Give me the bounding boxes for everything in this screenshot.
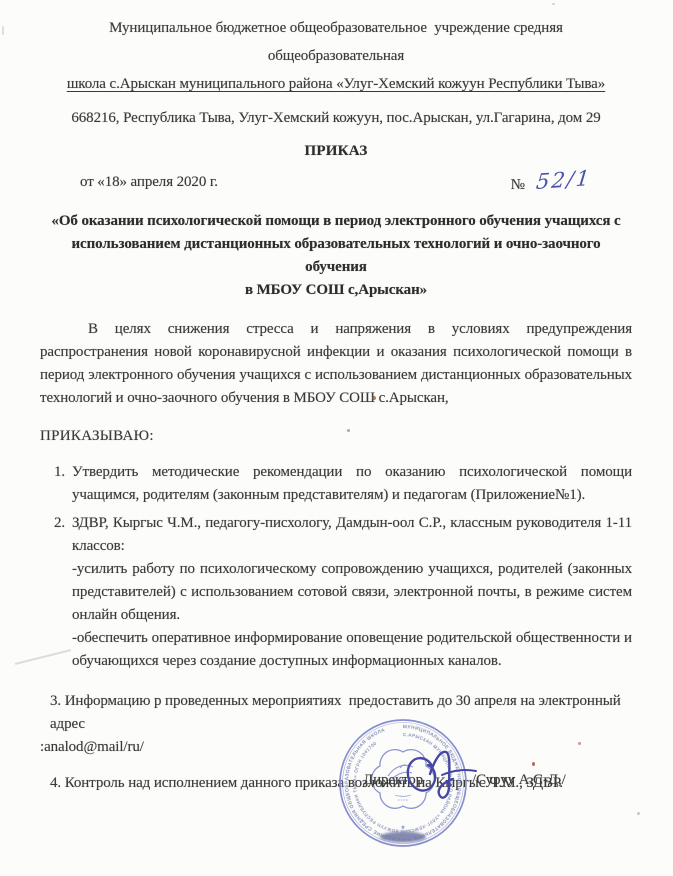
scan-speck <box>372 396 376 400</box>
order-title-line2: использованием дистанционных образовател… <box>40 233 632 279</box>
school-name-line2: школа с.Арыскан муниципального района «У… <box>40 70 632 98</box>
order-item-2-number: 2. <box>54 512 65 535</box>
director-signature <box>396 744 482 810</box>
order-item-2-subpoint-2: -обеспечить оперативное информирование о… <box>72 627 632 673</box>
order-items-list: 1. Утвердить методические рекомендации п… <box>40 461 632 673</box>
order-title: «Об оказании психологической помощи в пе… <box>40 210 632 302</box>
order-item-1: 1. Утвердить методические рекомендации п… <box>40 461 632 507</box>
scan-speck <box>552 3 555 5</box>
order-title-line3: в МБОУ СОШ с,Арыскан» <box>40 279 632 302</box>
order-date: от «18» апреля 2020 г. <box>80 171 218 197</box>
order-title-line1: «Об оказании психологической помощи в пе… <box>40 210 632 233</box>
date-number-row: от «18» апреля 2020 г. №52/1 <box>40 171 632 197</box>
document-type-heading: ПРИКАЗ <box>40 140 632 163</box>
scan-edge-mark <box>2 26 4 35</box>
scan-speck <box>532 762 535 766</box>
school-name-line1: Муниципальное бюджетное общеобразователь… <box>40 14 632 70</box>
order-verb: ПРИКАЗЫВАЮ: <box>40 425 632 448</box>
order-number-label: № <box>511 177 525 193</box>
order-item-1-text: Утвердить методические рекомендации по о… <box>72 464 632 503</box>
scan-speck <box>347 429 350 432</box>
order-item-1-number: 1. <box>54 461 65 484</box>
scan-speck <box>637 812 640 815</box>
scan-speck <box>578 742 581 745</box>
order-item-2-text: ЗДВР, Кыргыс Ч.М., педагогу-писхологу, Д… <box>72 515 632 554</box>
document-body: Муниципальное бюджетное общеобразователь… <box>0 0 673 795</box>
ink-smudge <box>380 832 426 843</box>
order-item-2: 2. ЗДВР, Кыргыс Ч.М., педагогу-писхологу… <box>40 512 632 558</box>
scanned-order-document: Муниципальное бюджетное общеобразователь… <box>0 0 673 876</box>
school-name-header: Муниципальное бюджетное общеобразователь… <box>40 14 632 98</box>
school-address: 668216, Республика Тыва, Улуг-Хемский ко… <box>40 107 632 130</box>
preamble-paragraph: В целях снижения стресса и напряжения в … <box>40 318 632 410</box>
order-number-handwritten: 52/1 <box>535 167 592 194</box>
order-number: №52/1 <box>511 171 590 197</box>
order-item-2-subpoint-1: -усилить работу по психологическому сопр… <box>72 558 632 627</box>
signature-name: /Суруу А.С-Д,/ <box>472 769 566 792</box>
